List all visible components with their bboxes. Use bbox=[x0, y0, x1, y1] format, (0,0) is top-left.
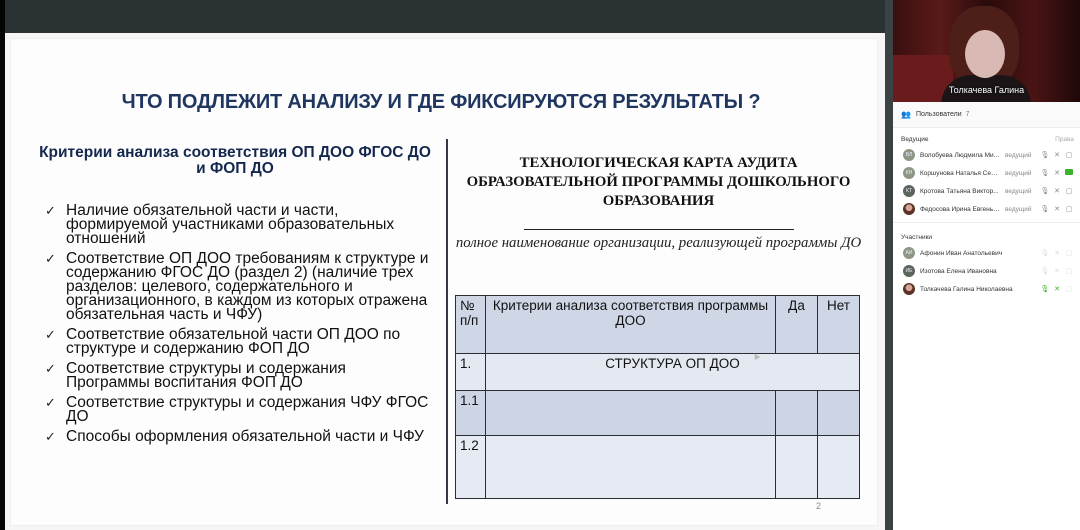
screen-share-icon[interactable]: ▢ bbox=[1064, 151, 1074, 159]
mic-off-icon[interactable]: 🎙 bbox=[1040, 151, 1050, 159]
criteria-list: ✓Наличие обязательной части и части, фор… bbox=[39, 204, 431, 444]
check-icon: ✓ bbox=[45, 328, 56, 342]
table-row: 1.1 bbox=[456, 391, 860, 436]
check-icon: ✓ bbox=[45, 204, 56, 218]
row-num: 1.2 bbox=[456, 436, 486, 499]
check-icon: ✓ bbox=[45, 396, 56, 410]
audit-table: № п/п Критерии анализа соответствия прог… bbox=[455, 295, 860, 499]
camera-off-icon[interactable]: ✕ bbox=[1052, 267, 1062, 275]
screen-share-icon[interactable]: ▢ bbox=[1064, 187, 1074, 195]
check-icon: ✓ bbox=[45, 252, 56, 266]
row-yes bbox=[776, 436, 818, 499]
host-item[interactable]: КТ Кротова Татьяна Виктор... ведущий 🎙 ✕… bbox=[893, 182, 1080, 200]
row-criteria: СТРУКТУРА ОП ДОО bbox=[486, 354, 860, 391]
speaker-video[interactable]: Толкачева Галина bbox=[893, 0, 1080, 102]
check-icon: ✓ bbox=[45, 362, 56, 376]
check-icon: ✓ bbox=[45, 430, 56, 444]
camera-off-icon[interactable]: ✕ bbox=[1052, 249, 1062, 257]
presentation-stage: ЧТО ПОДЛЕЖИТ АНАЛИЗУ И ГДЕ ФИКСИРУЮТСЯ Р… bbox=[5, 0, 885, 530]
screen-share-icon[interactable]: ▢ bbox=[1064, 249, 1074, 257]
host-item[interactable]: Федосова Ирина Евгенье... ведущий 🎙 ✕ ▢ bbox=[893, 200, 1080, 218]
mic-off-icon[interactable]: 🎙 bbox=[1040, 169, 1050, 177]
org-name-caption: полное наименование организации, реализу… bbox=[451, 234, 866, 252]
criteria-title: Критерии анализа соответствия ОП ДОО ФГО… bbox=[39, 145, 431, 177]
participant-item[interactable]: Толкачева Галина Николаевна 🎙 ✕ ▢ bbox=[893, 280, 1080, 298]
criteria-column: Критерии анализа соответствия ОП ДОО ФГО… bbox=[39, 145, 431, 450]
hosts-section-header: Ведущие Права bbox=[893, 132, 1080, 146]
slide-viewport: ЧТО ПОДЛЕЖИТ АНАЛИЗУ И ГДЕ ФИКСИРУЮТСЯ Р… bbox=[5, 33, 885, 530]
avatar bbox=[903, 283, 915, 295]
video-conference-app: ЧТО ПОДЛЕЖИТ АНАЛИЗУ И ГДЕ ФИКСИРУЮТСЯ Р… bbox=[0, 0, 1080, 530]
users-label: Пользователи bbox=[916, 111, 962, 118]
criteria-item: ✓Способы оформления обязательной части и… bbox=[39, 430, 431, 444]
mic-active-icon[interactable]: 🎙 bbox=[1040, 285, 1050, 293]
participants-section-header: Участники bbox=[893, 230, 1080, 244]
avatar: ИЕ bbox=[903, 265, 915, 277]
users-header[interactable]: 👥 Пользователи 7 bbox=[893, 102, 1080, 128]
screen-share-icon[interactable]: ▢ bbox=[1064, 205, 1074, 213]
mic-off-icon[interactable]: 🎙 bbox=[1040, 267, 1050, 275]
table-row: 1.2 bbox=[456, 436, 860, 499]
criteria-item: ✓Соответствие структуры и содержания ЧФУ… bbox=[39, 396, 431, 424]
table-header-row: № п/п Критерии анализа соответствия прог… bbox=[456, 296, 860, 354]
screen-share-active-icon[interactable] bbox=[1064, 169, 1074, 177]
row-criteria bbox=[486, 436, 776, 499]
slide-title: ЧТО ПОДЛЕЖИТ АНАЛИЗУ И ГДЕ ФИКСИРУЮТСЯ Р… bbox=[11, 91, 871, 114]
camera-off-icon[interactable]: ✕ bbox=[1052, 205, 1062, 213]
panel-divider[interactable] bbox=[885, 0, 893, 530]
camera-off-icon[interactable]: ✕ bbox=[1052, 187, 1062, 195]
participant-item[interactable]: АИ Афонин Иван Анатольевич 🎙 ✕ ▢ bbox=[893, 244, 1080, 262]
users-icon: 👥 bbox=[901, 110, 911, 119]
criteria-item: ✓Соответствие обязательной части ОП ДОО … bbox=[39, 328, 431, 356]
row-num: 1.1 bbox=[456, 391, 486, 436]
avatar bbox=[903, 203, 915, 215]
participants-sidebar: Толкачева Галина 👥 Пользователи 7 Ведущи… bbox=[893, 0, 1080, 530]
row-num: 1. bbox=[456, 354, 486, 391]
table-row: 1. СТРУКТУРА ОП ДОО bbox=[456, 354, 860, 391]
criteria-item: ✓Наличие обязательной части и части, фор… bbox=[39, 204, 431, 246]
criteria-item: ✓Соответствие структуры и содержания Про… bbox=[39, 362, 431, 390]
mic-off-icon[interactable]: 🎙 bbox=[1040, 249, 1050, 257]
screen-share-icon[interactable]: ▢ bbox=[1064, 267, 1074, 275]
camera-active-icon[interactable]: ✕ bbox=[1052, 285, 1062, 293]
avatar: АИ bbox=[903, 247, 915, 259]
avatar: КТ bbox=[903, 185, 915, 197]
org-name-line bbox=[524, 229, 794, 230]
camera-off-icon[interactable]: ✕ bbox=[1052, 151, 1062, 159]
host-item[interactable]: КН Коршунова Наталья Сер... ведущий 🎙 ✕ bbox=[893, 164, 1080, 182]
header-num: № п/п bbox=[456, 296, 486, 354]
participant-item[interactable]: ИЕ Изотова Елена Ивановна 🎙 ✕ ▢ bbox=[893, 262, 1080, 280]
users-count: 7 bbox=[966, 111, 970, 118]
screen-share-icon[interactable]: ▢ bbox=[1064, 285, 1074, 293]
avatar: КН bbox=[903, 167, 915, 179]
slide: ЧТО ПОДЛЕЖИТ АНАЛИЗУ И ГДЕ ФИКСИРУЮТСЯ Р… bbox=[10, 38, 878, 526]
row-no bbox=[818, 436, 860, 499]
header-criteria: Критерии анализа соответствия программы … bbox=[486, 296, 776, 354]
mic-off-icon[interactable]: 🎙 bbox=[1040, 187, 1050, 195]
column-divider bbox=[446, 139, 448, 504]
header-yes: Да bbox=[776, 296, 818, 354]
audit-card-column: ТЕХНОЛОГИЧЕСКАЯ КАРТА АУДИТА ОБРАЗОВАТЕЛ… bbox=[451, 154, 866, 252]
host-item[interactable]: ВЛ Волобуева Людмила Ми... ведущий 🎙 ✕ ▢ bbox=[893, 146, 1080, 164]
rights-label: Права bbox=[1055, 136, 1074, 143]
avatar: ВЛ bbox=[903, 149, 915, 161]
section-divider bbox=[893, 222, 1080, 230]
row-criteria bbox=[486, 391, 776, 436]
mic-off-icon[interactable]: 🎙 bbox=[1040, 205, 1050, 213]
row-yes bbox=[776, 391, 818, 436]
audit-card-title: ТЕХНОЛОГИЧЕСКАЯ КАРТА АУДИТА ОБРАЗОВАТЕЛ… bbox=[451, 154, 866, 211]
header-no: Нет bbox=[818, 296, 860, 354]
row-no bbox=[818, 391, 860, 436]
speaker-name: Толкачева Галина bbox=[893, 85, 1080, 95]
camera-off-icon[interactable]: ✕ bbox=[1052, 169, 1062, 177]
slide-page-number: 2 bbox=[816, 501, 821, 511]
criteria-item: ✓Соответствие ОП ДОО требованиям к струк… bbox=[39, 252, 431, 322]
